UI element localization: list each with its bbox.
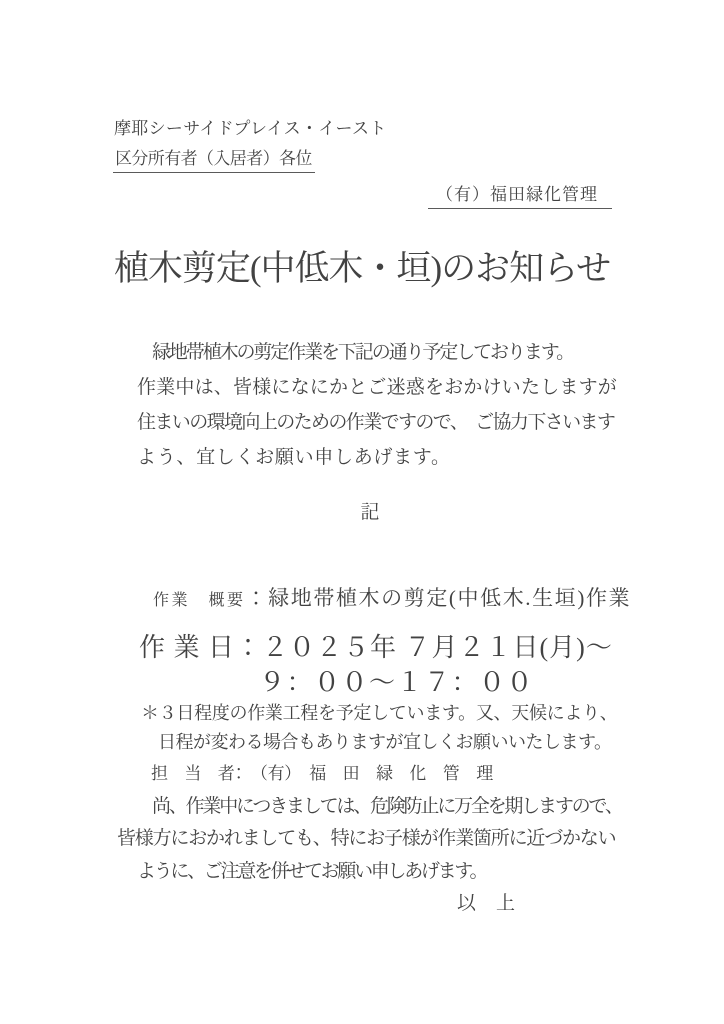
intro-line-3: 住まいの環境向上のための作業ですので、 ご協力下さいます: [137, 412, 614, 434]
schedule-note-line-1: ＊３日程度の作業工程を予定しています。又、天候により、: [141, 703, 617, 724]
work-summary-value: ：緑地帯植木の剪定(中低木.生垣)作業: [246, 586, 632, 610]
building-name: 摩耶シーサイドプレイス・イースト: [114, 119, 387, 139]
caution-line-1: 尚、作業中につきましては、危険防止に万全を期しますので、: [152, 796, 622, 818]
record-marker: 記: [0, 502, 724, 524]
issuing-company: （有）福田緑化管理: [428, 185, 612, 209]
page-title: 植木剪定(中低木・垣)のお知らせ: [0, 249, 724, 289]
intro-line-1: 緑地帯植木の剪定作業を下記の通り予定しております。: [152, 342, 573, 364]
caution-line-3: ように、ご注意を併せてお願い申しあげます。: [137, 861, 486, 883]
work-date-line: 作 業 日：２０２５年 ７月２１日(月)～: [139, 633, 613, 663]
staff-in-charge-line: 担 当 者： （有） 福 田 緑 化 管 理: [151, 764, 493, 784]
schedule-note-line-2: 日程が変わる場合もありますが宜しくお願いいたします。: [158, 732, 612, 753]
intro-line-4: よう、宜しくお願い申しあげます。: [137, 447, 451, 469]
work-summary-line: 作業 概要：緑地帯植木の剪定(中低木.生垣)作業: [137, 568, 631, 629]
closing-marker: 以 上: [457, 893, 516, 915]
caution-line-2: 皆様方におかれましても、特にお子様が作業箇所に近づかない: [117, 828, 615, 850]
notice-document-page: 摩耶シーサイドプレイス・イースト 区分所有者（入居者）各位 （有）福田緑化管理 …: [0, 0, 724, 1024]
addressee-line: 区分所有者（入居者）各位: [113, 149, 315, 173]
work-summary-label: 作業 概要: [153, 592, 246, 609]
intro-line-2: 作業中は、皆様になにかとご迷惑をおかけいたしますが: [137, 377, 617, 399]
work-time-line: ９：００～１７：００: [259, 668, 534, 698]
